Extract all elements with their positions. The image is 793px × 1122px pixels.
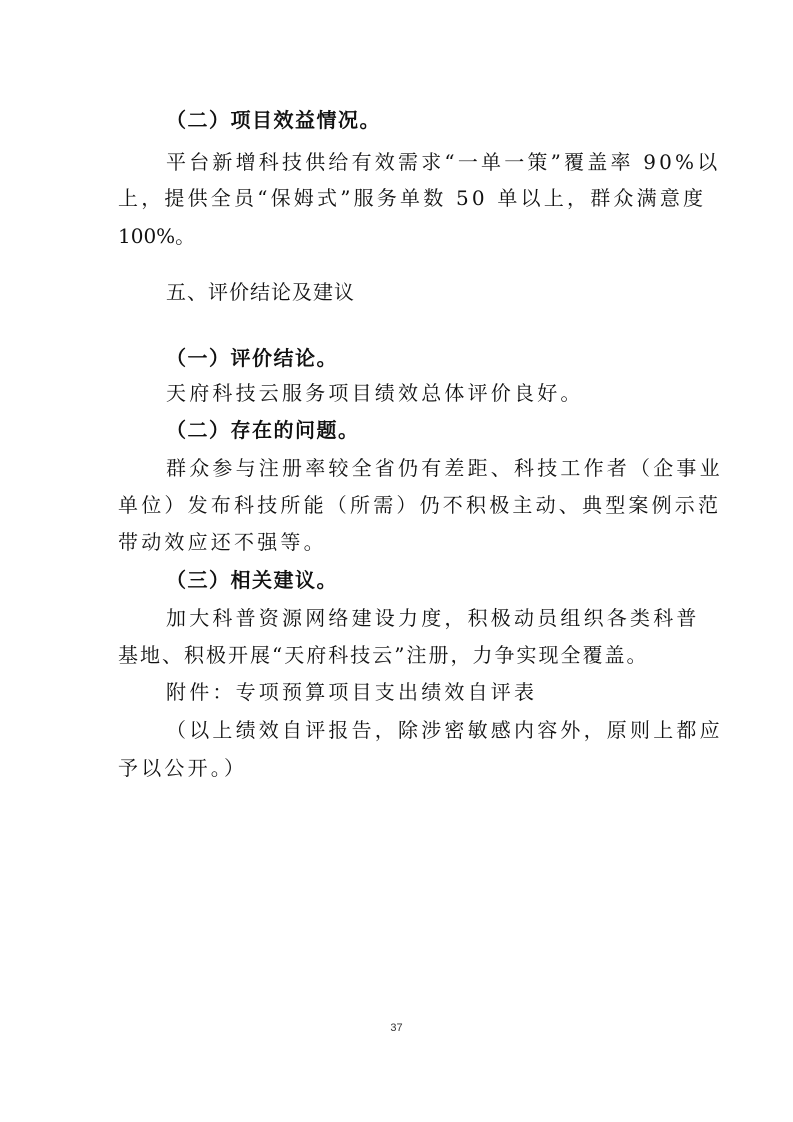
paragraph-line: 平台新增科技供给有效需求“一单一策”覆盖率 90%以 <box>166 150 720 174</box>
page-number: 37 <box>0 1022 793 1034</box>
disclosure-note-line: 予以公开。） <box>118 756 247 780</box>
subsection-heading-suggestions: （三）相关建议。 <box>166 568 338 592</box>
paragraph-line: 加大科普资源网络建设力度，积极动员组织各类科普 <box>166 606 700 630</box>
paragraph-line: 上，提供全员“保姆式”服务单数 50 单以上，群众满意度 <box>118 186 706 210</box>
paragraph-line: 单位）发布科技所能（所需）仍不积极主动、典型案例示范 <box>118 493 721 517</box>
paragraph-line: 群众参与注册率较全省仍有差距、科技工作者（企事业 <box>166 456 723 480</box>
attachment-line: 附件：专项预算项目支出绩效自评表 <box>166 680 537 704</box>
paragraph-line: 基地、积极开展“天府科技云”注册，力争实现全覆盖。 <box>118 643 648 667</box>
paragraph-line: 天府科技云服务项目绩效总体评价良好。 <box>166 381 584 405</box>
paragraph-line: 100%。 <box>118 224 195 248</box>
chapter-heading-conclusion: 五、评价结论及建议 <box>166 280 355 304</box>
section-heading-project-benefits: （二）项目效益情况。 <box>166 108 381 132</box>
paragraph-line: 带动效应还不强等。 <box>118 530 327 554</box>
subsection-heading-problems: （二）存在的问题。 <box>166 418 360 442</box>
disclosure-note-line: （以上绩效自评报告，除涉密敏感内容外，原则上都应 <box>166 718 723 742</box>
subsection-heading-conclusion: （一）评价结论。 <box>166 346 338 370</box>
